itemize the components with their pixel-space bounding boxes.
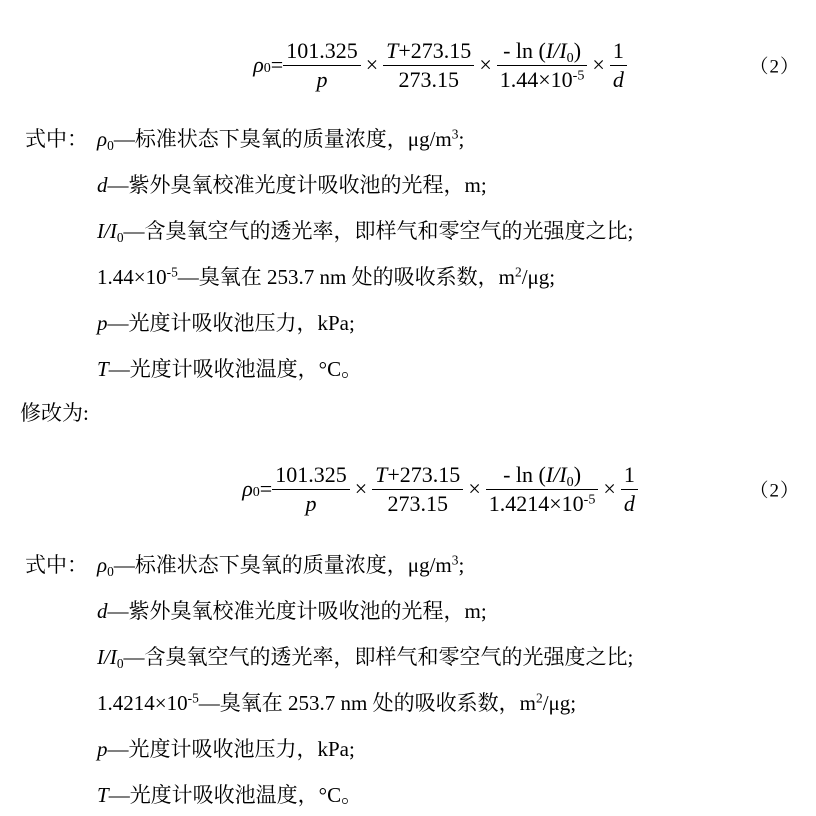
fraction-absorbance: - ln (I/I0)1.4214×10-5	[486, 461, 599, 517]
equation-row-original: ρ0= 101.325p × T+273.15273.15 × - ln (I/…	[0, 22, 816, 108]
definition-d: d—紫外臭氧校准光度计吸收池的光程，m;	[97, 588, 816, 634]
equation-row-modified: ρ0= 101.325p × T+273.15273.15 × - ln (I/…	[0, 446, 816, 532]
definition-transmittance: I/I0—含臭氧空气的透光率，即样气和零空气的光强度之比;	[97, 634, 816, 680]
formula-lhs: ρ0=	[253, 52, 283, 78]
where-label: 式中：	[0, 116, 97, 392]
fraction-pressure: 101.325p	[283, 37, 361, 93]
definitions-modified: 式中： ρ0—标准状态下臭氧的质量浓度，μg/m3; d—紫外臭氧校准光度计吸收…	[0, 542, 816, 816]
definition-coefficient: 1.4214×10-5—臭氧在 253.7 nm 处的吸收系数，m2/μg;	[97, 680, 816, 726]
multiply-sign: ×	[468, 476, 480, 502]
definition-transmittance: I/I0—含臭氧空气的透光率，即样气和零空气的光强度之比;	[97, 208, 816, 254]
definitions-original: 式中： ρ0—标准状态下臭氧的质量浓度，μg/m3; d—紫外臭氧校准光度计吸收…	[0, 116, 816, 392]
equals-sign: =	[260, 476, 272, 502]
original-section: ρ0= 101.325p × T+273.15273.15 × - ln (I/…	[0, 22, 816, 392]
rho-symbol: ρ	[242, 476, 253, 502]
fraction-temperature: T+273.15273.15	[383, 37, 474, 93]
definition-coefficient: 1.44×10-5—臭氧在 253.7 nm 处的吸收系数，m2/μg;	[97, 254, 816, 300]
modified-section: ρ0= 101.325p × T+273.15273.15 × - ln (I/…	[0, 446, 816, 816]
definition-rho: ρ0—标准状态下臭氧的质量浓度，μg/m3;	[97, 542, 816, 588]
multiply-sign: ×	[479, 52, 491, 78]
fraction-temperature: T+273.15273.15	[372, 461, 463, 517]
fraction-pathlength: 1d	[610, 37, 627, 93]
fraction-pressure: 101.325p	[272, 461, 350, 517]
multiply-sign: ×	[366, 52, 378, 78]
definition-rho: ρ0—标准状态下臭氧的质量浓度，μg/m3;	[97, 116, 816, 162]
formula-modified: ρ0= 101.325p × T+273.15273.15 × - ln (I/…	[242, 461, 638, 517]
equation-number: （2）	[749, 52, 800, 79]
equation-number: （2）	[749, 476, 800, 503]
multiply-sign: ×	[592, 52, 604, 78]
multiply-sign: ×	[603, 476, 615, 502]
equals-sign: =	[271, 52, 283, 78]
definition-d: d—紫外臭氧校准光度计吸收池的光程，m;	[97, 162, 816, 208]
multiply-sign: ×	[355, 476, 367, 502]
formula-lhs: ρ0=	[242, 476, 272, 502]
definition-p: p—光度计吸收池压力，kPa;	[97, 300, 816, 346]
definition-T: T—光度计吸收池温度，°C。	[97, 346, 816, 392]
formula-original: ρ0= 101.325p × T+273.15273.15 × - ln (I/…	[253, 37, 627, 93]
document-page: ρ0= 101.325p × T+273.15273.15 × - ln (I/…	[0, 0, 816, 816]
definition-p: p—光度计吸收池压力，kPa;	[97, 726, 816, 772]
fraction-absorbance: - ln (I/I0)1.44×10-5	[497, 37, 588, 93]
definition-T: T—光度计吸收池温度，°C。	[97, 772, 816, 816]
where-label: 式中：	[0, 542, 97, 816]
modified-to-label: 修改为:	[0, 392, 816, 434]
rho-symbol: ρ	[253, 52, 264, 78]
fraction-pathlength: 1d	[621, 461, 638, 517]
